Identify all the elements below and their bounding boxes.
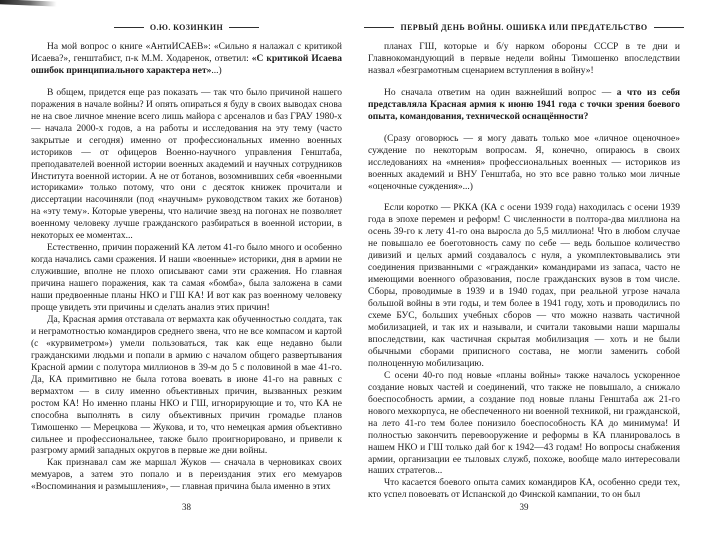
paragraph: Как признавал сам же маршал Жуков — снач…	[31, 458, 342, 494]
paragraph: Естественно, причин поражений КА летом 4…	[31, 243, 342, 315]
running-head-author: О.Ю. КОЗИНКИН	[31, 23, 342, 32]
header-rule-left	[114, 27, 144, 28]
running-head-author-text: О.Ю. КОЗИНКИН	[150, 23, 223, 32]
left-page: О.Ю. КОЗИНКИН На мой вопрос о книге «Ант…	[31, 23, 342, 523]
book-spread: О.Ю. КОЗИНКИН На мой вопрос о книге «Ант…	[0, 0, 717, 540]
running-head-title: ПЕРВЫЙ ДЕНЬ ВОЙНЫ. ОШИБКА ИЛИ ПРЕДАТЕЛЬС…	[368, 23, 680, 32]
header-rule-left	[364, 27, 394, 28]
paragraph: С осени 40-го под новые «планы войны» та…	[368, 371, 680, 479]
paragraph: Если коротко — РККА (КА с осени 1939 год…	[368, 203, 680, 370]
left-page-body: На мой вопрос о книге «АнтиИСАЕВ»: «Силь…	[31, 42, 342, 498]
running-head-title-text: ПЕРВЫЙ ДЕНЬ ВОЙНЫ. ОШИБКА ИЛИ ПРЕДАТЕЛЬС…	[400, 23, 647, 32]
right-page: ПЕРВЫЙ ДЕНЬ ВОЙНЫ. ОШИБКА ИЛИ ПРЕДАТЕЛЬС…	[368, 23, 680, 523]
paragraph: планах ГШ, которые и б/у нарком обороны …	[368, 42, 680, 78]
page-number: 38	[31, 502, 342, 512]
right-page-body: планах ГШ, которые и б/у нарком обороны …	[368, 42, 680, 498]
paragraph: Что касается боевого опыта самих команди…	[368, 478, 680, 498]
header-rule-right	[229, 27, 259, 28]
paragraph: На мой вопрос о книге «АнтиИСАЕВ»: «Силь…	[31, 42, 342, 78]
paragraph: Да, Красная армия отставала от вермахта …	[31, 315, 342, 458]
paragraph-text: Но сначала ответим на один важнейший воп…	[384, 88, 617, 98]
header-rule-right	[654, 27, 684, 28]
paragraph: Но сначала ответим на один важнейший воп…	[368, 88, 680, 124]
paragraph: В общем, придется еще раз показать — так…	[31, 88, 342, 243]
page-number: 39	[368, 502, 680, 512]
paragraph-text: ...)	[211, 66, 221, 76]
paragraph: (Сразу оговорюсь — я могу давать только …	[368, 134, 680, 194]
scan-smudge-artifact	[0, 0, 60, 7]
